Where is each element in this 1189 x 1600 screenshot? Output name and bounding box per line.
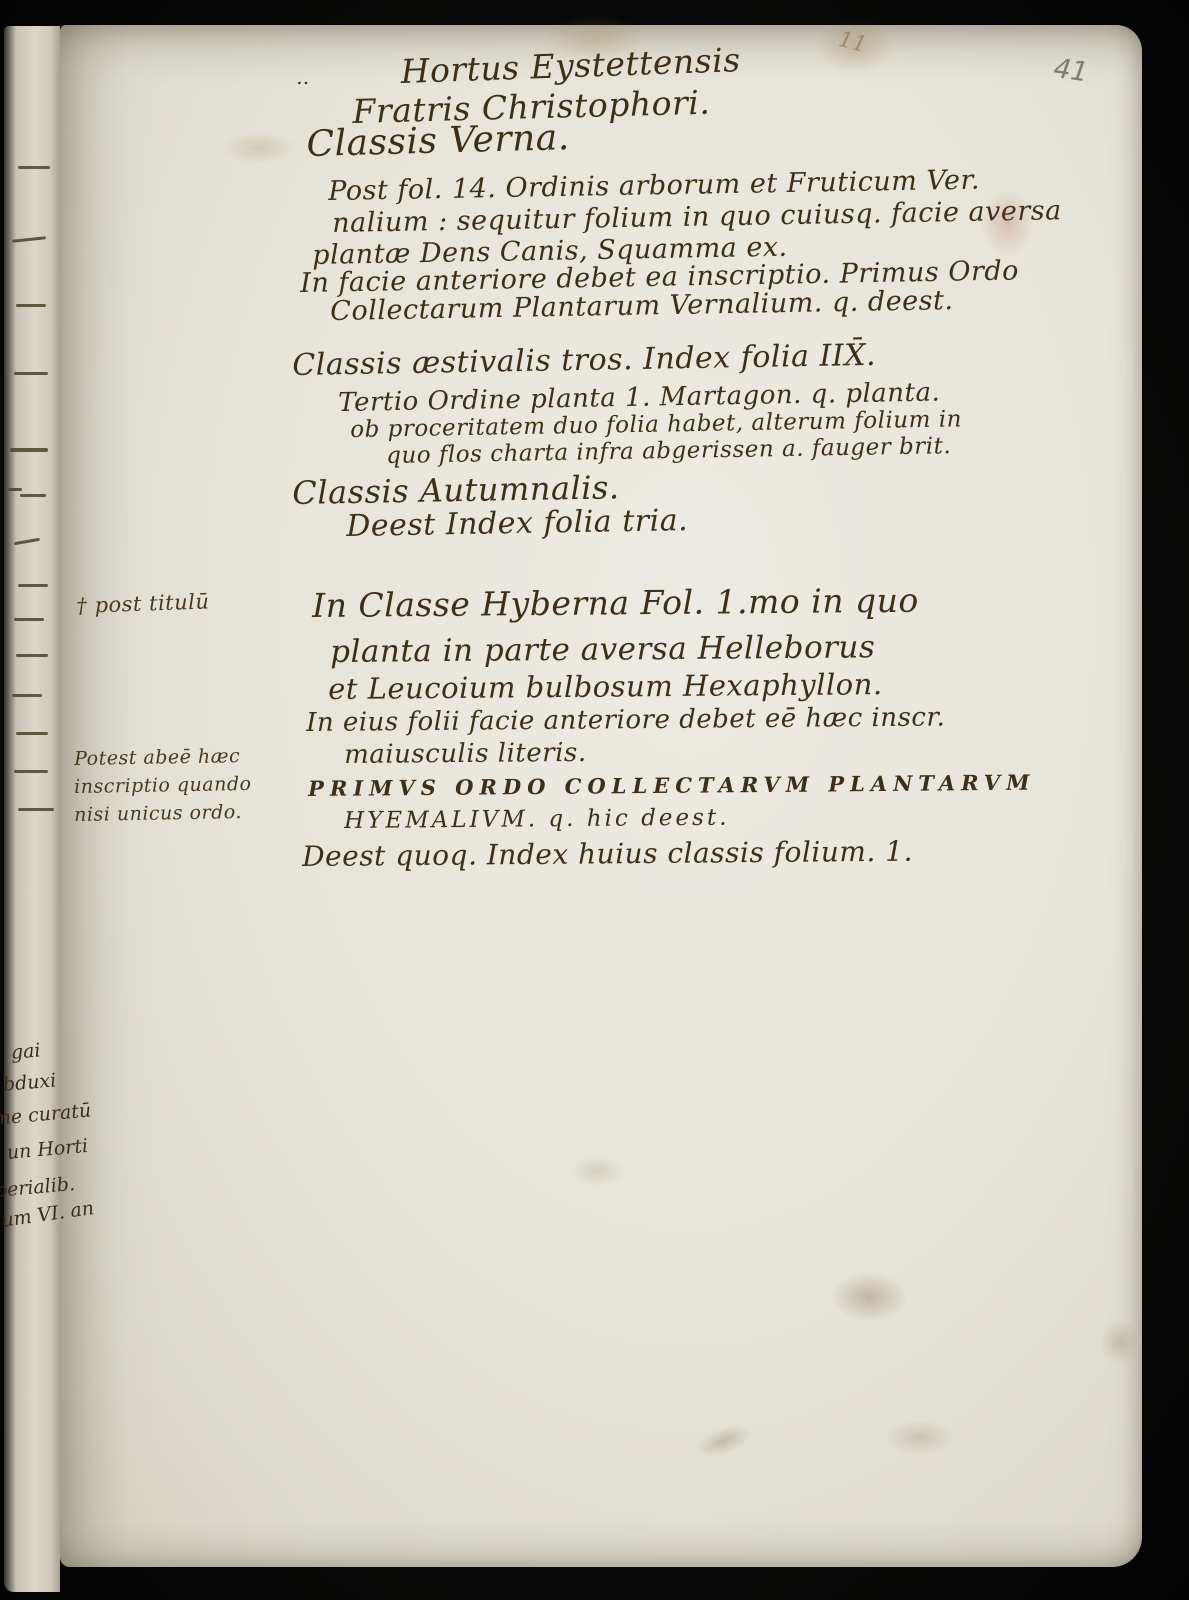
stain bbox=[1100, 1320, 1140, 1365]
hyberna-inscription-caps: PRIMVS ORDO COLLECTARVM PLANTARVM bbox=[308, 770, 1035, 801]
stain bbox=[885, 1420, 955, 1455]
line-fill-dash bbox=[14, 538, 40, 545]
stain bbox=[570, 1155, 625, 1187]
margin-note-side-line: inscriptio quando bbox=[74, 773, 252, 798]
line-fill-dash bbox=[12, 236, 46, 243]
line-fill-dash bbox=[18, 166, 50, 169]
line-fill-dash bbox=[18, 584, 48, 587]
line-fill-dash bbox=[18, 808, 54, 811]
margin-note-side-line: Potest abeē hæc bbox=[74, 745, 240, 770]
hyberna-line: In eius folii facie anteriore debet eē h… bbox=[306, 702, 945, 738]
title-line-3: Classis Verna. bbox=[306, 117, 570, 165]
previous-page-edge bbox=[4, 26, 60, 1592]
fragment-line: bduxi bbox=[2, 1069, 57, 1096]
folio-number: 41 bbox=[1052, 53, 1090, 88]
line-fill-dash bbox=[14, 372, 48, 375]
hyberna-line: planta in parte aversa Helleborus bbox=[330, 629, 875, 670]
hyberna-line: In Classe Hyberna Fol. 1.mo in quo bbox=[312, 581, 919, 625]
stain bbox=[691, 1419, 756, 1464]
hyberna-line: et Leucoium bulbosum Hexaphyllon. bbox=[328, 667, 883, 706]
fragment-line: un Horti bbox=[6, 1135, 89, 1164]
stain bbox=[830, 1272, 908, 1322]
margin-note-post-titulum: † post titulū bbox=[76, 589, 210, 618]
manuscript-scan: 41 11 ‥ Hortus Eystettensis Fratris Chri… bbox=[0, 0, 1189, 1600]
hyberna-line: maiusculis literis. bbox=[344, 738, 587, 770]
autumnalis-line: Deest Index folia tria. bbox=[346, 503, 688, 544]
line-fill-dash bbox=[14, 770, 48, 773]
ink-dots: ‥ bbox=[296, 65, 310, 89]
fragment-line: um VI. an bbox=[0, 1197, 95, 1232]
fragment-line: me curatū bbox=[0, 1099, 92, 1129]
facing-page-fragments: gai bduxi me curatū un Horti perialib. u… bbox=[0, 1030, 118, 1255]
line-fill-dash bbox=[16, 304, 46, 307]
line-fill-dash bbox=[16, 732, 48, 735]
line-fill-dash bbox=[10, 448, 48, 452]
margin-note-side-line: nisi unicus ordo. bbox=[74, 801, 242, 826]
fragment-line: perialib. bbox=[0, 1173, 76, 1202]
ink-offset-mark: 11 bbox=[836, 27, 869, 58]
stain bbox=[222, 132, 297, 164]
line-fill-dash bbox=[16, 654, 48, 657]
hyberna-line: Deest quoq. Index huius classis folium. … bbox=[302, 835, 913, 873]
fragment-line: gai bbox=[10, 1039, 41, 1063]
aestivalis-line: Classis æstivalis tros. Index folia IIX̄… bbox=[292, 338, 876, 383]
line-fill-dash bbox=[8, 488, 22, 491]
line-fill-dash bbox=[12, 694, 42, 697]
line-fill-dash bbox=[14, 618, 44, 621]
manuscript-page: 41 11 ‥ Hortus Eystettensis Fratris Chri… bbox=[60, 25, 1142, 1567]
line-fill-dash bbox=[20, 494, 46, 497]
hyberna-inscription-caps-2: HYEMALIVM. q. hic deest. bbox=[344, 805, 730, 834]
